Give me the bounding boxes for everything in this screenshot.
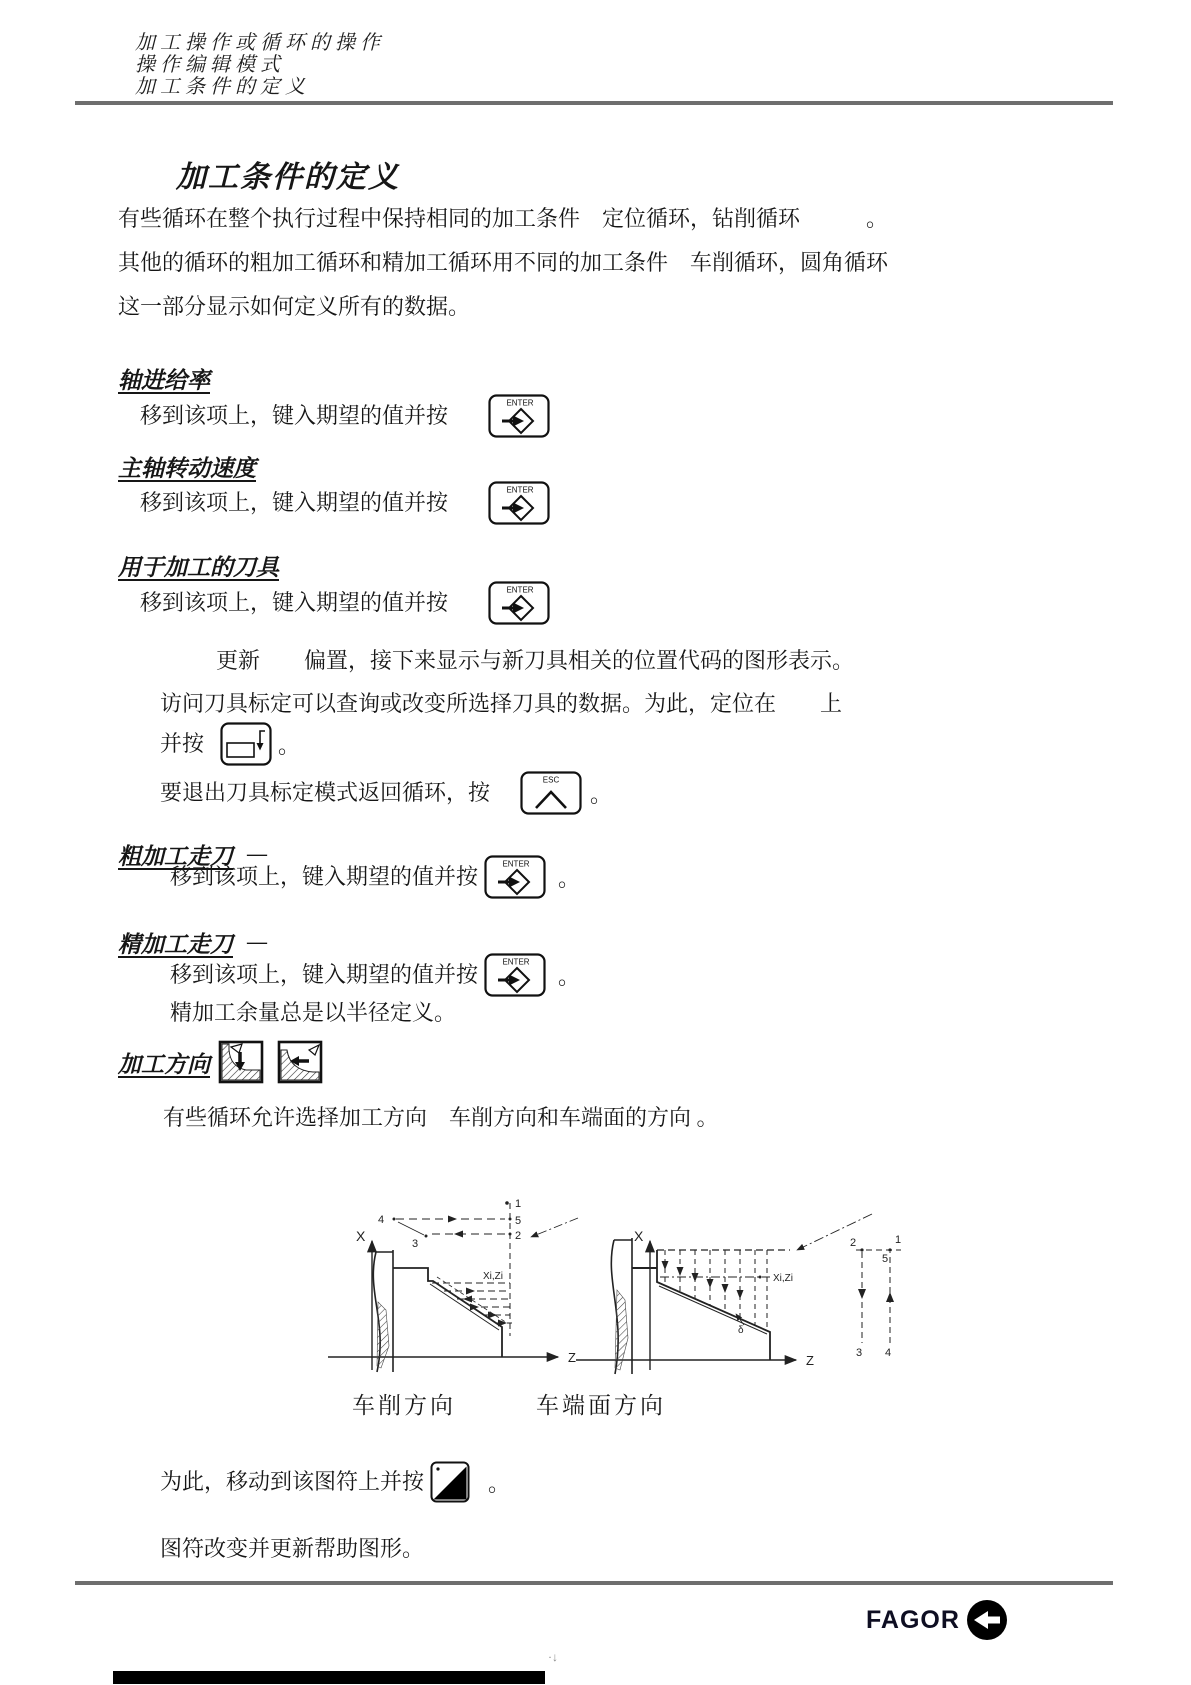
enter-key-label: ENTER <box>502 958 529 967</box>
roughing-instruction: 移到该项上，键入期望的值并按 <box>170 864 478 889</box>
esc-suffix: 。 <box>590 778 612 809</box>
direction-icon-longitudinal <box>218 1040 264 1084</box>
esc-key-label: ESC <box>543 776 560 785</box>
point-2-label: 2 <box>850 1237 856 1249</box>
enter-key-icon: ENTER <box>488 481 550 525</box>
enter-key-icon: ENTER <box>484 953 546 997</box>
esc-key-icon: ESC <box>520 771 582 815</box>
icon-press-row: 为此，移动到该图符上并按 。 <box>160 1461 510 1503</box>
caption-facing-direction: 车端面方向 <box>536 1387 666 1420</box>
chuck-hatch <box>377 1302 389 1368</box>
spindle-instruction: 移到该项上，键入期望的值并按 <box>140 490 448 515</box>
facing-pass-lines <box>665 1250 767 1330</box>
section-heading-direction-row: 加工方向 <box>118 1040 323 1084</box>
xi-zi-label: Xi,Zi <box>773 1273 793 1284</box>
facing-direction-diagram: X Z <box>576 1214 901 1374</box>
fagor-logo-text: FAGOR <box>866 1606 960 1635</box>
point-3-label: 3 <box>856 1347 862 1359</box>
section-heading-feedrate: 轴进给率 <box>118 362 210 395</box>
intro-line-2: 其他的循环的粗加工循环和精加工循环用不同的加工条件 车削循环，圆角循环 <box>118 250 888 275</box>
enter-key-label: ENTER <box>506 486 533 495</box>
point-5-label: 5 <box>882 1253 888 1265</box>
z-axis-label: Z <box>568 1350 576 1365</box>
point-1-label: 1 <box>895 1234 901 1246</box>
enter-key-label: ENTER <box>506 399 533 408</box>
icon-update-note: 图符改变并更新帮助图形。 <box>160 1536 424 1561</box>
tool-instruction-row: 移到该项上，键入期望的值并按 ENTER <box>140 581 550 625</box>
intro-line-3: 这一部分显示如何定义所有的数据。 <box>118 294 470 319</box>
header-line-2: 操作编辑模式 <box>135 54 385 76</box>
caption-turning-direction: 车削方向 <box>352 1387 456 1420</box>
direction-paragraph: 有些循环允许选择加工方向 车削方向和车端面的方向 。 <box>163 1105 719 1130</box>
xi-zi-label: Xi,Zi <box>483 1271 503 1282</box>
fagor-logo-mark <box>965 1598 1009 1642</box>
footer-rule <box>75 1581 1113 1585</box>
header-rule <box>75 101 1113 105</box>
tool-offset-paragraph: 更新 偏置，接下来显示与新刀具相关的位置代码的图形表示。 <box>216 648 854 673</box>
page-artifact: ·↓ <box>548 1650 558 1665</box>
x-axis-label: X <box>356 1228 366 1244</box>
workpiece-profile <box>657 1250 770 1360</box>
chuck-hatch <box>615 1290 628 1370</box>
feedrate-instruction-row: 移到该项上，键入期望的值并按 ENTER <box>140 394 550 438</box>
icon-press-prefix: 为此，移动到该图符上并按 <box>160 1469 424 1494</box>
header-line-3: 加工条件的定义 <box>135 76 385 98</box>
two-color-key-icon <box>430 1461 470 1503</box>
point-1-label: 1 <box>515 1198 521 1210</box>
enter-key-icon: ENTER <box>488 581 550 625</box>
tool-calibration-paragraph: 访问刀具标定可以查询或改变所选择刀具的数据。为此，定位在 上 <box>160 691 842 716</box>
press-prefix: 并按 <box>160 731 204 756</box>
feedrate-instruction: 移到该项上，键入期望的值并按 <box>140 403 448 428</box>
enter-key-label: ENTER <box>506 586 533 595</box>
roughing-instruction-row: 移到该项上，键入期望的值并按 ENTER 。 <box>170 855 580 899</box>
bottom-black-bar <box>113 1671 545 1684</box>
page-title: 加工条件的定义 <box>176 152 400 196</box>
press-suffix: 。 <box>278 729 300 760</box>
point-2-label: 2 <box>515 1230 521 1242</box>
finishing-note: 精加工余量总是以半径定义。 <box>170 1000 456 1025</box>
spindle-instruction-row: 移到该项上，键入期望的值并按 ENTER <box>140 481 550 525</box>
finishing-instruction-row: 移到该项上，键入期望的值并按 ENTER 。 <box>170 953 580 997</box>
header-line-1: 加工操作或循环的操作 <box>135 32 385 54</box>
point-4-label: 4 <box>885 1347 891 1359</box>
page-header: 加工操作或循环的操作 操作编辑模式 加工条件的定义 <box>135 32 385 98</box>
manual-page: 加工操作或循环的操作 操作编辑模式 加工条件的定义 加工条件的定义 有些循环在整… <box>0 0 1191 1685</box>
esc-key-row: 要退出刀具标定模式返回循环，按 ESC 。 <box>160 771 612 815</box>
turning-direction-diagram: X Z Xi,Z <box>328 1198 578 1372</box>
fagor-logo: FAGOR <box>866 1598 1009 1642</box>
enter-key-icon: ENTER <box>488 394 550 438</box>
roughing-suffix: 。 <box>558 862 580 893</box>
tool-calibration-key-icon <box>220 722 272 766</box>
direction-icon-facing <box>277 1040 323 1084</box>
point-4-label: 4 <box>378 1214 384 1226</box>
point-5-label: 5 <box>515 1215 521 1227</box>
intro-line-1: 有些循环在整个执行过程中保持相同的加工条件 定位循环，钻削循环 。 <box>118 206 888 231</box>
finishing-instruction: 移到该项上，键入期望的值并按 <box>170 962 478 987</box>
delta-label: δ <box>738 1325 744 1336</box>
finishing-suffix: 。 <box>558 960 580 991</box>
tool-instruction: 移到该项上，键入期望的值并按 <box>140 590 448 615</box>
figure-machining-directions: X Z Xi,Z <box>320 1140 920 1380</box>
heading-dash: — <box>247 931 267 954</box>
esc-prefix: 要退出刀具标定模式返回循环，按 <box>160 780 490 805</box>
section-heading-tool: 用于加工的刀具 <box>118 549 279 582</box>
enter-key-icon: ENTER <box>484 855 546 899</box>
section-heading-direction: 加工方向 <box>118 1046 210 1079</box>
calibration-key-row: 并按 。 <box>160 722 300 766</box>
enter-key-label: ENTER <box>502 860 529 869</box>
icon-press-suffix: 。 <box>488 1467 510 1498</box>
point-3-label: 3 <box>412 1238 418 1250</box>
z-axis-label: Z <box>806 1353 814 1368</box>
section-heading-spindle-speed: 主轴转动速度 <box>118 450 256 483</box>
x-axis-label: X <box>634 1228 644 1244</box>
